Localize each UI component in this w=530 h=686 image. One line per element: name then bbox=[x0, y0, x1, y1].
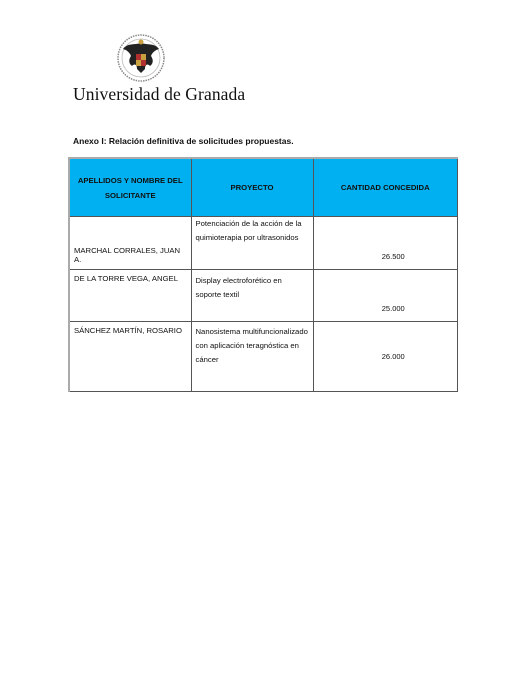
proyecto-cell: Nanosistema multifuncionalizado con apli… bbox=[191, 322, 313, 392]
table-row: DE LA TORRE VEGA, ANGEL Display electrof… bbox=[69, 270, 458, 322]
column-header-cantidad: CANTIDAD CONCEDIDA bbox=[313, 158, 458, 217]
cantidad-value: 26.000 bbox=[382, 352, 405, 361]
table-row: MARCHAL CORRALES, JUAN A. Potenciación d… bbox=[69, 217, 458, 270]
table-header-row: APELLIDOS Y NOMBRE DEL SOLICITANTE PROYE… bbox=[69, 158, 458, 217]
cantidad-cell: 25.000 bbox=[313, 270, 458, 322]
grants-table: APELLIDOS Y NOMBRE DEL SOLICITANTE PROYE… bbox=[68, 157, 458, 392]
university-name: Universidad de Granada bbox=[73, 84, 245, 105]
cantidad-value: 25.000 bbox=[382, 304, 405, 313]
table-row: SÁNCHEZ MARTÍN, ROSARIO Nanosistema mult… bbox=[69, 322, 458, 392]
solicitante-cell: DE LA TORRE VEGA, ANGEL bbox=[69, 270, 191, 322]
cantidad-cell: 26.500 bbox=[313, 217, 458, 270]
solicitante-cell: SÁNCHEZ MARTÍN, ROSARIO bbox=[69, 322, 191, 392]
proyecto-cell: Display electroforético en soporte texti… bbox=[191, 270, 313, 322]
university-crest-icon bbox=[113, 33, 169, 83]
cantidad-cell: 26.000 bbox=[313, 322, 458, 392]
solicitante-cell: MARCHAL CORRALES, JUAN A. bbox=[69, 217, 191, 270]
annex-caption: Anexo I: Relación definitiva de solicitu… bbox=[73, 136, 294, 146]
proyecto-cell: Potenciación de la acción de la quimiote… bbox=[191, 217, 313, 270]
column-header-solicitante: APELLIDOS Y NOMBRE DEL SOLICITANTE bbox=[69, 158, 191, 217]
column-header-proyecto: PROYECTO bbox=[191, 158, 313, 217]
cantidad-value: 26.500 bbox=[382, 252, 405, 261]
